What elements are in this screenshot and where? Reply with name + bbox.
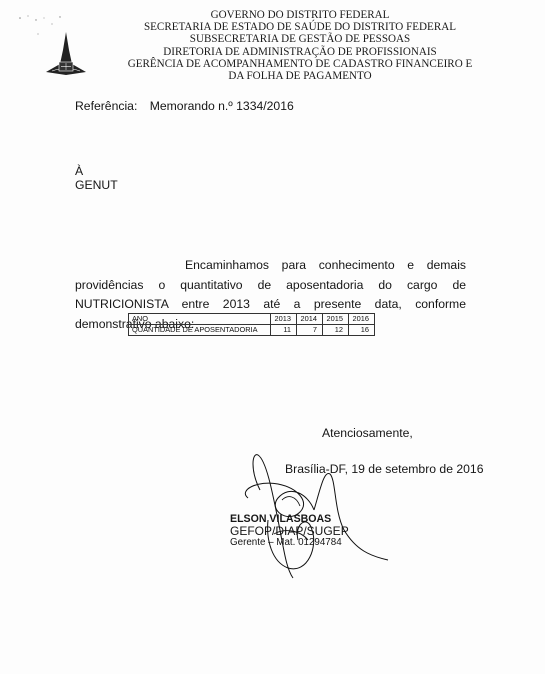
signatory-unit: GEFOP/DIAP/SUGEP: [230, 525, 330, 537]
signature-block: ELSON VILASBOAS GEFOP/DIAP/SUGEP Gerente…: [230, 513, 330, 549]
table-row-label: QUANTIDADE DE APOSENTADORIA: [129, 325, 271, 336]
letterhead-line: GOVERNO DO DISTRITO FEDERAL: [120, 9, 480, 21]
table-value: 12: [323, 325, 349, 336]
table-year: 2014: [297, 314, 323, 325]
letterhead-line: SUBSECRETARIA DE GESTÃO DE PESSOAS: [120, 33, 480, 45]
letterhead-line: DIRETORIA DE ADMINISTRAÇÃO DE PROFISSION…: [120, 46, 480, 58]
reference-line: Referência: Memorando n.º 1334/2016: [75, 99, 294, 113]
table-header-label: ANO: [129, 314, 271, 325]
table-year: 2015: [323, 314, 349, 325]
letterhead-line: GERÊNCIA DE ACOMPANHAMENTO DE CADASTRO F…: [120, 58, 480, 70]
table-value: 16: [349, 325, 375, 336]
addressee-name: GENUT: [75, 178, 118, 192]
reference-value: Memorando n.º 1334/2016: [150, 99, 294, 113]
letterhead-line: SECRETARIA DE ESTADO DE SAÚDE DO DISTRIT…: [120, 21, 480, 33]
retirement-table: ANO 2013 2014 2015 2016 QUANTIDADE DE AP…: [128, 313, 375, 336]
table-value: 7: [297, 325, 323, 336]
table-value: 11: [271, 325, 297, 336]
table-year: 2013: [271, 314, 297, 325]
place-date: Brasília-DF, 19 de setembro de 2016: [285, 462, 484, 476]
letterhead: GOVERNO DO DISTRITO FEDERAL SECRETARIA D…: [120, 9, 480, 82]
table-row: ANO 2013 2014 2015 2016: [129, 314, 375, 325]
table-year: 2016: [349, 314, 375, 325]
addressee: À GENUT: [75, 164, 118, 192]
gdf-brasao-emblem-icon: [36, 30, 96, 80]
addressee-prefix: À: [75, 164, 118, 178]
reference-label: Referência:: [75, 99, 137, 113]
table-row: QUANTIDADE DE APOSENTADORIA 11 7 12 16: [129, 325, 375, 336]
signatory-role: Gerente – Mat. 01294784: [230, 537, 330, 549]
closing: Atenciosamente,: [322, 426, 413, 440]
letterhead-line: DA FOLHA DE PAGAMENTO: [120, 70, 480, 82]
document-page: GOVERNO DO DISTRITO FEDERAL SECRETARIA D…: [0, 0, 545, 674]
